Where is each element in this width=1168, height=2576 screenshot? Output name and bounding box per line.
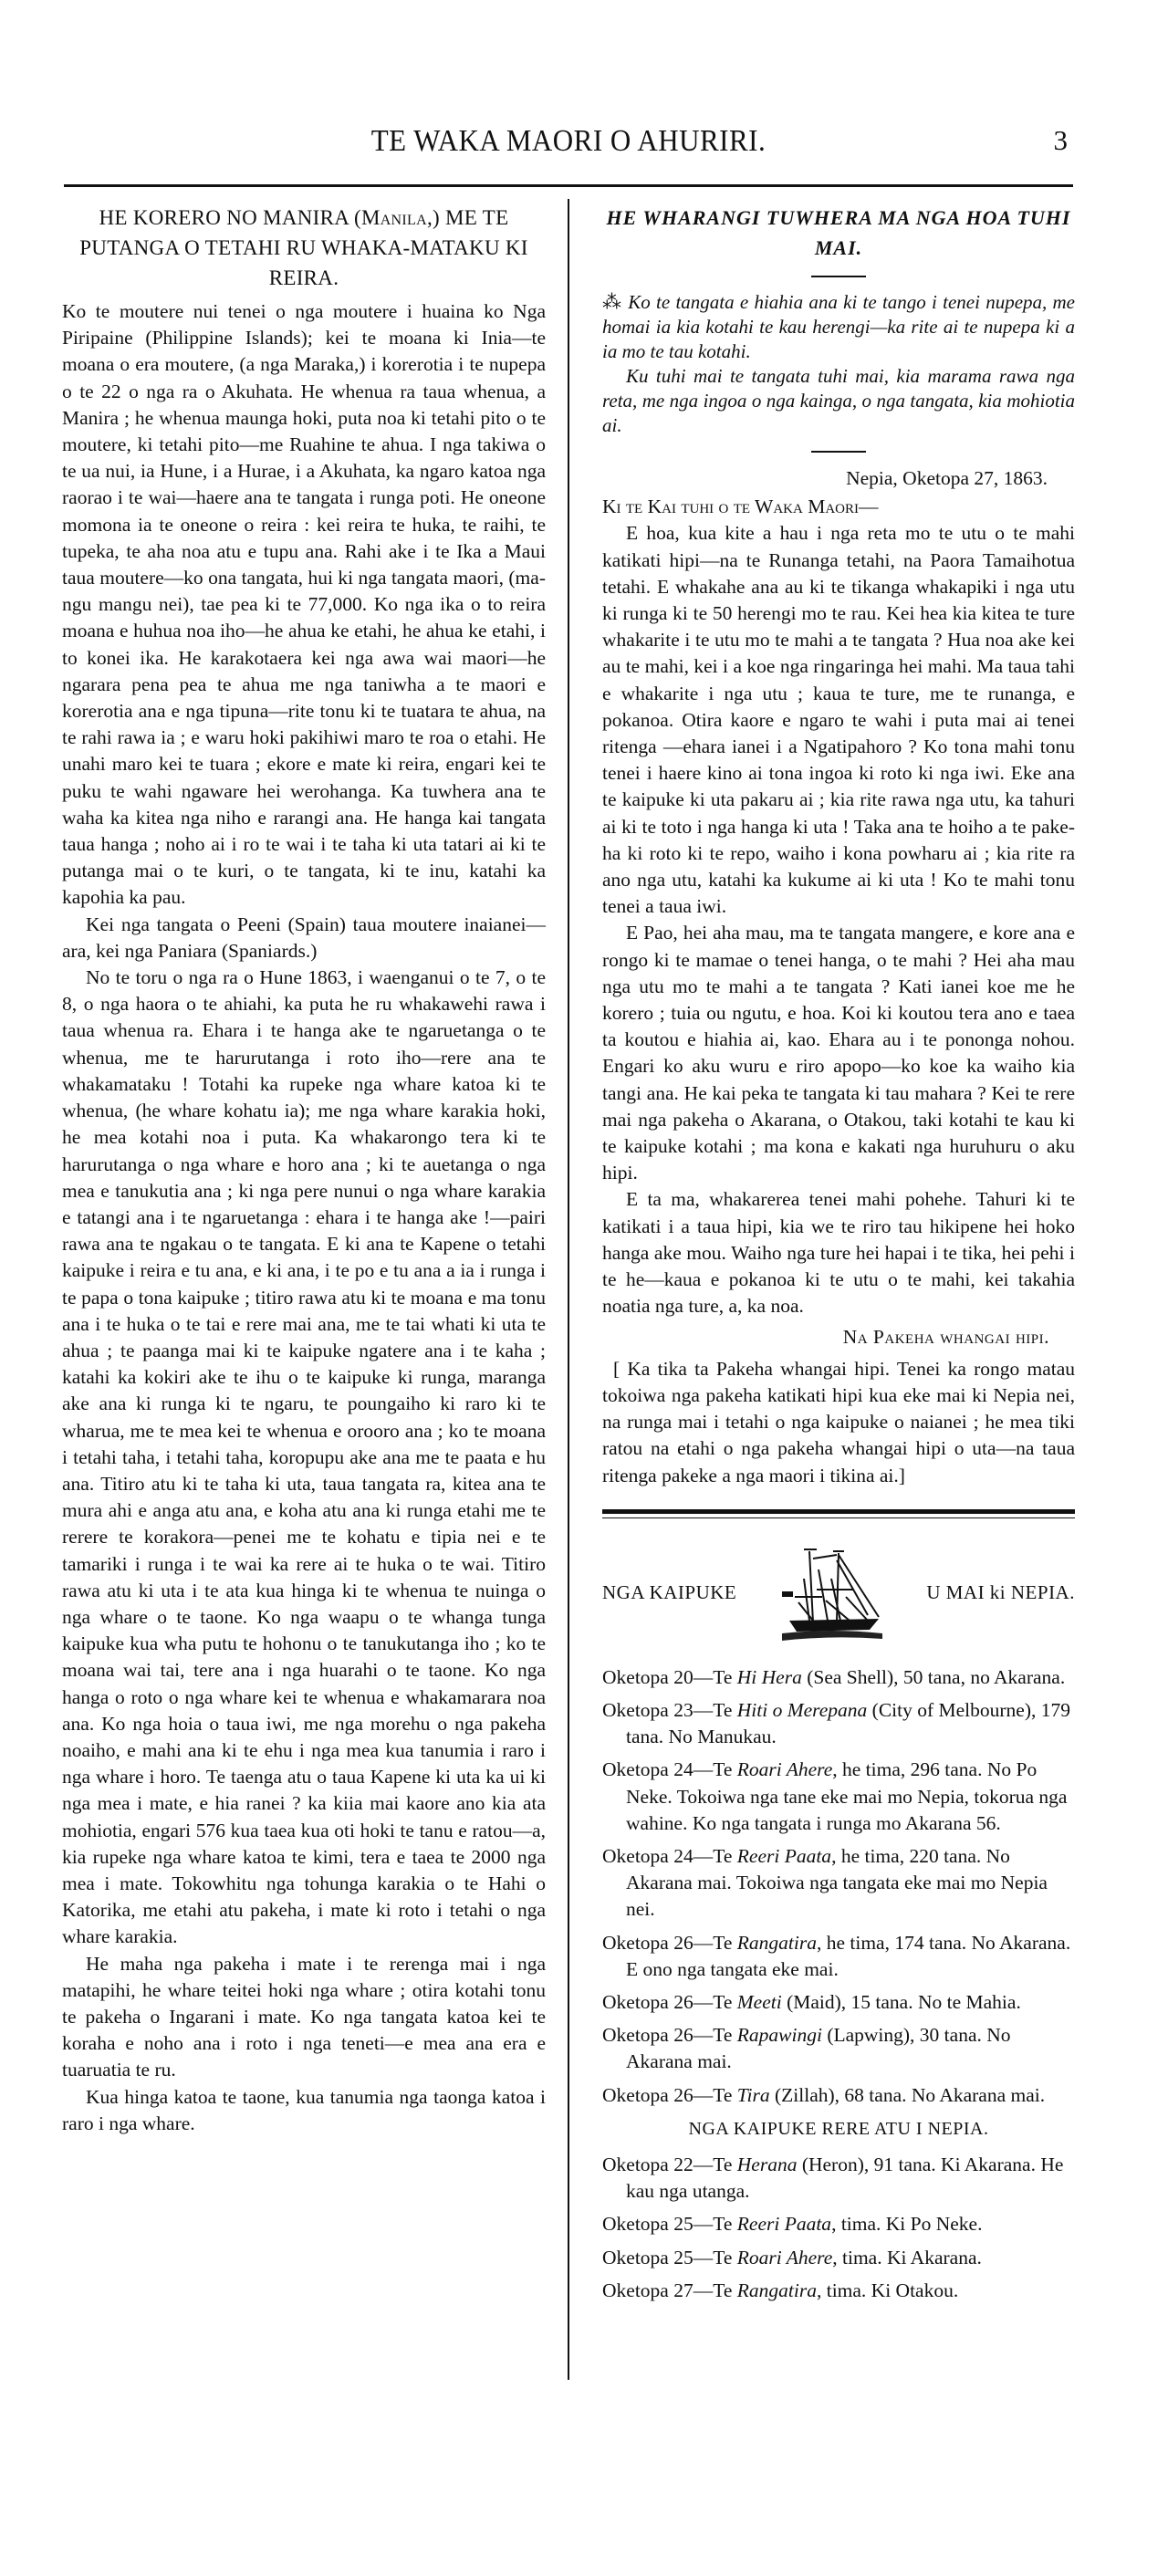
article-paragraph: Ko te moutere nui tenei o nga moutere i … bbox=[62, 298, 546, 912]
article-manila-earthquake: HE KORERO NO MANIRA (Manila,) ME TE PUTA… bbox=[62, 203, 546, 2137]
notice-text: Ko te tangata e hiahia ana ki te tango i… bbox=[602, 291, 1075, 362]
entry-details: (Zillah), 68 tana. No Akarana mai. bbox=[770, 2084, 1046, 2106]
section-headline: HE WHARANGI TUWHERA MA NGA HOA TUHI MAI. bbox=[602, 203, 1075, 263]
letter-salutation: Ki te Kai tuhi o te Waka Maori— bbox=[602, 494, 1075, 520]
arrival-entry: Oketopa 24—Te Reeri Paata, he tima, 220 … bbox=[602, 1843, 1075, 1924]
article-paragraph: Kua hinga katoa te taone, kua tanumia ng… bbox=[62, 2084, 546, 2137]
entry-details: (Sea Shell), 50 tana, no Akarana. bbox=[802, 1666, 1065, 1688]
page-number: 3 bbox=[1054, 124, 1069, 157]
short-rule bbox=[811, 276, 866, 277]
arrivals-heading-left: NGA KAIPUKE bbox=[602, 1580, 736, 1606]
article-paragraph: Kei nga tangata o Peeni (Spain) taua mou… bbox=[62, 912, 546, 965]
double-rule bbox=[602, 1509, 1075, 1518]
column-divider bbox=[568, 199, 569, 2380]
ship-name: Rangatira bbox=[737, 1932, 817, 1954]
correspondence-section: HE WHARANGI TUWHERA MA NGA HOA TUHI MAI.… bbox=[602, 203, 1075, 2310]
article-headline: HE KORERO NO MANIRA (Manila,) ME TE PUTA… bbox=[62, 203, 546, 293]
arrival-entry: Oketopa 24—Te Roari Ahere, he tima, 296 … bbox=[602, 1757, 1075, 1837]
ship-name: Rapawingi bbox=[737, 2024, 822, 2046]
arrival-entry: Oketopa 26—Te Meeti (Maid), 15 tana. No … bbox=[602, 1989, 1075, 2016]
ship-name: Reeri Paata bbox=[737, 2213, 831, 2235]
entry-details: (Maid), 15 tana. No te Mahia. bbox=[782, 1991, 1021, 2013]
departure-entry: Oketopa 22—Te Herana (Heron), 91 tana. K… bbox=[602, 2152, 1075, 2205]
arrival-entry: Oketopa 20—Te Hi Hera (Sea Shell), 50 ta… bbox=[602, 1664, 1075, 1691]
entry-details: , tima. Ki Po Neke. bbox=[831, 2213, 982, 2235]
ship-name: Rangatira bbox=[737, 2279, 817, 2301]
departures-heading: NGA KAIPUKE RERE ATU I NEPIA. bbox=[602, 2116, 1075, 2143]
entry-date: Oketopa 25—Te bbox=[602, 2213, 737, 2235]
letter-dateline: Nepia, Oketopa 27, 1863. bbox=[602, 465, 1075, 492]
ship-name: Hi Hera bbox=[737, 1666, 802, 1688]
entry-date: Oketopa 20—Te bbox=[602, 1666, 737, 1688]
entry-date: Oketopa 23—Te bbox=[602, 1699, 737, 1721]
entry-date: Oketopa 22—Te bbox=[602, 2154, 737, 2175]
entry-date: Oketopa 27—Te bbox=[602, 2279, 737, 2301]
arrivals-list: Oketopa 20—Te Hi Hera (Sea Shell), 50 ta… bbox=[602, 1664, 1075, 2109]
entry-date: Oketopa 24—Te bbox=[602, 1845, 737, 1867]
headline-part: HE KORERO NO MANIRA ( bbox=[99, 206, 361, 229]
arrival-entry: Oketopa 26—Te Tira (Zillah), 68 tana. No… bbox=[602, 2082, 1075, 2109]
ship-name: Tira bbox=[737, 2084, 770, 2106]
article-paragraph: No te toru o nga ra o Hune 1863, i waeng… bbox=[62, 965, 546, 1951]
letter-signature: Na Pakeha whangai hipi. bbox=[602, 1324, 1075, 1351]
ship-name: Hiti o Merepana bbox=[737, 1699, 868, 1721]
arrival-entry: Oketopa 23—Te Hiti o Merepana (City of M… bbox=[602, 1697, 1075, 1750]
arrival-entry: Oketopa 26—Te Rapawingi (Lapwing), 30 ta… bbox=[602, 2022, 1075, 2075]
headline-smallcaps: Manila, bbox=[361, 206, 433, 229]
entry-date: Oketopa 26—Te bbox=[602, 1991, 737, 2013]
departure-entry: Oketopa 27—Te Rangatira, tima. Ki Otakou… bbox=[602, 2278, 1075, 2304]
letter-paragraph: E Pao, hei aha mau, ma te tangata manger… bbox=[602, 920, 1075, 1186]
entry-date: Oketopa 24—Te bbox=[602, 1758, 737, 1780]
arrivals-heading-right: U MAI ki NEPIA. bbox=[926, 1580, 1075, 1606]
masthead: TE WAKA MAORI O AHURIRI. 3 bbox=[64, 124, 1073, 170]
article-paragraph: He maha nga pakeha i mate i te rerenga m… bbox=[62, 1951, 546, 2084]
short-rule bbox=[811, 451, 866, 453]
ship-name: Roari Ahere bbox=[737, 1758, 833, 1780]
sailing-ship-icon bbox=[777, 1542, 886, 1644]
entry-details: , tima. Ki Akarana. bbox=[832, 2247, 982, 2268]
subscription-notice: ⁂ Ko te tangata e hiahia ana ki te tango… bbox=[602, 290, 1075, 364]
entry-date: Oketopa 25—Te bbox=[602, 2247, 737, 2268]
ship-name: Roari Ahere bbox=[737, 2247, 833, 2268]
correspondent-notice: Ku tuhi mai te tangata tuhi mai, kia mar… bbox=[602, 364, 1075, 438]
asterism-icon: ⁂ bbox=[602, 291, 628, 313]
masthead-rule bbox=[64, 184, 1073, 187]
ship-name: Reeri Paata bbox=[737, 1845, 831, 1867]
letter-paragraph: E ta ma, whakarerea tenei mahi pohehe. T… bbox=[602, 1186, 1075, 1319]
ship-name: Herana bbox=[737, 2154, 798, 2175]
shipping-arrivals-heading: NGA KAIPUKE U MAI ki NEPIA. bbox=[602, 1542, 1075, 1644]
departures-list: Oketopa 22—Te Herana (Heron), 91 tana. K… bbox=[602, 2152, 1075, 2304]
entry-date: Oketopa 26—Te bbox=[602, 1932, 737, 1954]
entry-date: Oketopa 26—Te bbox=[602, 2084, 737, 2106]
letter-paragraph: E hoa, kua kite a hau i nga reta mo te u… bbox=[602, 520, 1075, 920]
ship-name: Meeti bbox=[737, 1991, 782, 2013]
arrival-entry: Oketopa 26—Te Rangatira, he tima, 174 ta… bbox=[602, 1930, 1075, 1983]
departure-entry: Oketopa 25—Te Roari Ahere, tima. Ki Akar… bbox=[602, 2245, 1075, 2271]
editor-note: [ Ka tika ta Pakeha whangai hipi. Tenei … bbox=[602, 1356, 1075, 1489]
newspaper-title: TE WAKA MAORI O AHURIRI. bbox=[64, 122, 1073, 159]
entry-details: , tima. Ki Otakou. bbox=[817, 2279, 958, 2301]
entry-date: Oketopa 26—Te bbox=[602, 2024, 737, 2046]
departure-entry: Oketopa 25—Te Reeri Paata, tima. Ki Po N… bbox=[602, 2211, 1075, 2237]
